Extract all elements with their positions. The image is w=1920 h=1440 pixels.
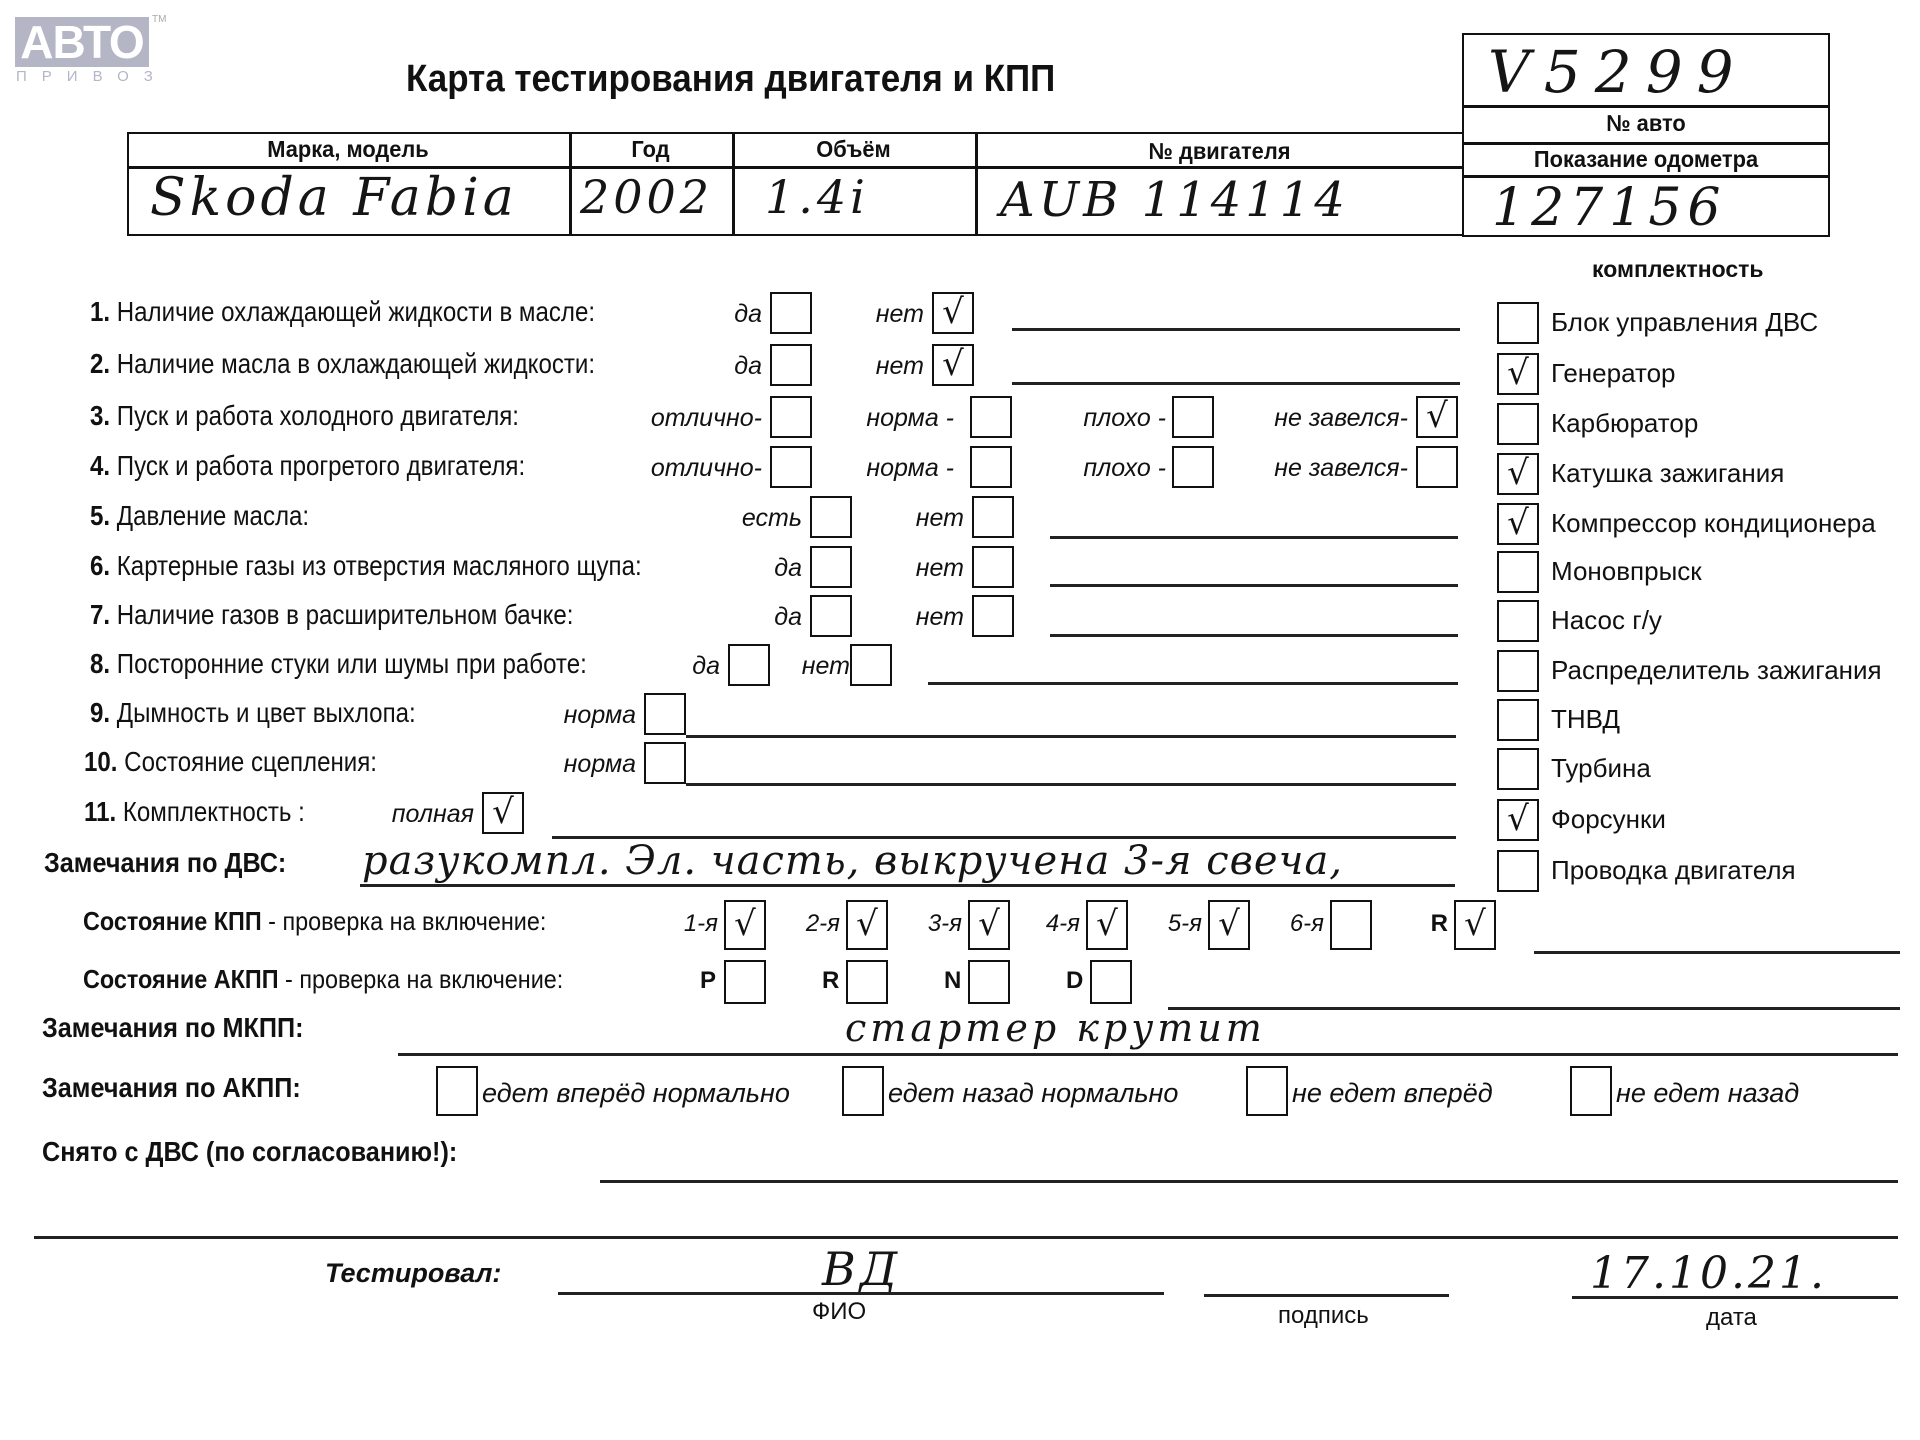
name-caption: ФИО (812, 1298, 866, 1326)
manual-gearbox-label-bold: Состояние КПП (83, 906, 262, 936)
akpp-remark-label: едет вперёд нормально (482, 1078, 790, 1109)
checkmark-icon: √ (978, 904, 1000, 944)
question-label: 1. Наличие охлаждающей жидкости в масле: (90, 296, 595, 328)
option-checkbox[interactable]: √ (932, 292, 974, 334)
question-label: 6. Картерные газы из отверстия масляного… (90, 550, 642, 582)
akpp-remark-checkbox[interactable] (1246, 1066, 1288, 1116)
gear-checkbox[interactable]: √ (1208, 900, 1250, 950)
option-checkbox[interactable] (850, 644, 892, 686)
gear-label: 4-я (1010, 910, 1080, 938)
answer-line (928, 682, 1458, 685)
logo-trademark: TM (152, 14, 166, 25)
completeness-checkbox[interactable]: √ (1497, 353, 1539, 395)
option-checkbox[interactable]: √ (1416, 396, 1458, 438)
removed-line-2 (34, 1236, 1898, 1239)
completeness-item-label: Карбюратор (1551, 408, 1698, 439)
table-col-divider (569, 132, 572, 236)
engine-remarks-label: Замечания по ДВС: (44, 847, 286, 879)
manual-gearbox-line (1534, 951, 1900, 954)
gear-label: 6-я (1254, 910, 1324, 938)
gear-label: R (1388, 910, 1448, 938)
akpp-remark-label: не едет вперёд (1292, 1078, 1493, 1109)
question-label: 5. Давление масла: (90, 500, 309, 532)
option-checkbox[interactable] (644, 693, 686, 735)
checkmark-icon: √ (1507, 453, 1529, 493)
option-label: нет (744, 603, 964, 632)
gear-label: D (1066, 967, 1083, 995)
question-number: 3. (90, 400, 110, 431)
question-label: 10. Состояние сцепления: (84, 746, 377, 778)
completeness-item-label: Турбина (1551, 753, 1651, 784)
option-label: полная (254, 800, 474, 829)
gear-checkbox[interactable] (724, 960, 766, 1004)
answer-line (552, 836, 1456, 839)
completeness-title: комплектность (1592, 256, 1764, 283)
option-label: норма (416, 701, 636, 730)
completeness-checkbox[interactable] (1497, 403, 1539, 445)
completeness-item-label: Моновпрыск (1551, 556, 1702, 587)
question-text: Дымность и цвет выхлопа: (110, 697, 416, 728)
option-label: норма - (734, 454, 954, 483)
completeness-checkbox[interactable]: √ (1497, 453, 1539, 495)
akpp-remark-checkbox[interactable] (842, 1066, 884, 1116)
option-label: нет (704, 352, 924, 381)
volume-value[interactable]: 1.4i (765, 170, 869, 224)
make-model-value[interactable]: Skoda Fabia (150, 168, 518, 228)
answer-line (1050, 536, 1458, 539)
gear-label: 3-я (890, 910, 962, 938)
question-text: Давление масла: (110, 500, 309, 531)
table-col-divider (975, 132, 978, 236)
col-header-volume: Объём (738, 136, 969, 163)
completeness-checkbox[interactable] (1497, 748, 1539, 790)
completeness-checkbox[interactable] (1497, 650, 1539, 692)
date-value[interactable]: 17.10.21. (1590, 1248, 1827, 1299)
col-header-make-model: Марка, модель (138, 136, 558, 163)
option-label: норма (416, 750, 636, 779)
manual-gearbox-label: Состояние КПП - проверка на включение: (83, 906, 546, 937)
question-number: 6. (90, 550, 110, 581)
completeness-checkbox[interactable] (1497, 600, 1539, 642)
gear-checkbox[interactable] (1330, 900, 1372, 950)
tester-name-value[interactable]: ВД (822, 1242, 901, 1296)
checkmark-icon: √ (492, 792, 514, 832)
question-number: 9. (90, 697, 110, 728)
gear-label: P (700, 967, 716, 995)
option-label: плохо - (946, 454, 1166, 483)
option-label: нет (630, 652, 850, 681)
option-label: отлично- (542, 454, 762, 483)
mkpp-remarks-label: Замечания по МКПП: (42, 1012, 304, 1044)
engine-remarks-line (360, 884, 1455, 887)
question-number: 5. (90, 500, 110, 531)
question-label: 2. Наличие масла в охлаждающей жидкости: (90, 348, 595, 380)
question-text: Наличие масла в охлаждающей жидкости: (110, 348, 595, 379)
question-text: Наличие газов в расширительном бачке: (110, 599, 573, 630)
gear-label: 2-я (770, 910, 840, 938)
akpp-remark-label: не едет назад (1616, 1078, 1799, 1109)
question-label: 4. Пуск и работа прогретого двигателя: (90, 450, 525, 482)
completeness-item-label: Проводка двигателя (1551, 855, 1796, 886)
completeness-item-label: Генератор (1551, 358, 1676, 389)
removed-label: Снято с ДВС (по согласованию!): (42, 1136, 457, 1168)
car-number-label: № авто (1471, 110, 1821, 137)
car-number-value[interactable]: V5299 (1488, 38, 1748, 106)
option-label: нет (704, 300, 924, 329)
table-col-divider (732, 132, 735, 236)
tested-by-label: Тестировал: (325, 1258, 501, 1289)
option-checkbox[interactable] (972, 595, 1014, 637)
auto-gearbox-label: Состояние АКПП - проверка на включение: (83, 964, 563, 995)
option-label: плохо - (946, 404, 1166, 433)
mkpp-remarks-line (398, 1053, 1898, 1056)
akpp-remarks-label: Замечания по АКПП: (42, 1072, 301, 1104)
box-divider (1462, 142, 1830, 145)
question-label: 9. Дымность и цвет выхлопа: (90, 697, 416, 729)
checkmark-icon: √ (1426, 396, 1448, 436)
completeness-item-label: Блок управления ДВС (1551, 307, 1818, 338)
completeness-item-label: Форсунки (1551, 804, 1666, 835)
auto-gearbox-line (1168, 1007, 1900, 1010)
question-label: 7. Наличие газов в расширительном бачке: (90, 599, 574, 631)
completeness-item-label: Распределитель зажигания (1551, 655, 1882, 686)
engine-remarks-value[interactable]: разукомпл. Эл. часть, выкручена 3-я свеч… (362, 838, 1343, 884)
checkmark-icon: √ (942, 292, 964, 332)
col-header-year: Год (573, 136, 728, 163)
completeness-item-label: ТНВД (1551, 704, 1620, 735)
completeness-checkbox[interactable]: √ (1497, 799, 1539, 841)
akpp-remark-checkbox[interactable] (436, 1066, 478, 1116)
checkmark-icon: √ (1218, 904, 1240, 944)
answer-line (1012, 328, 1460, 331)
gear-checkbox[interactable]: √ (1454, 900, 1496, 950)
option-checkbox[interactable] (972, 546, 1014, 588)
gear-label: 1-я (648, 910, 718, 938)
odometer-value[interactable]: 127156 (1492, 178, 1727, 238)
completeness-item-label: Компрессор кондиционера (1551, 508, 1876, 539)
checkmark-icon: √ (1507, 799, 1529, 839)
manual-gearbox-label-rest: - проверка на включение: (262, 906, 547, 936)
gear-label: N (944, 967, 961, 995)
question-text: Картерные газы из отверстия масляного щу… (110, 550, 642, 581)
question-number: 8. (90, 648, 110, 679)
option-label: не завелся- (1188, 404, 1408, 433)
question-number: 1. (90, 296, 110, 327)
checkmark-icon: √ (1464, 904, 1486, 944)
completeness-checkbox[interactable] (1497, 850, 1539, 892)
removed-line (600, 1180, 1898, 1183)
checkmark-icon: √ (1507, 353, 1529, 393)
option-checkbox[interactable]: √ (932, 344, 974, 386)
option-checkbox[interactable] (972, 496, 1014, 538)
logo-subtitle: ПРИВОЗ (16, 68, 168, 85)
completeness-checkbox[interactable] (1497, 699, 1539, 741)
gear-checkbox[interactable] (968, 960, 1010, 1004)
akpp-remark-checkbox[interactable] (1570, 1066, 1612, 1116)
question-number: 11. (84, 796, 116, 827)
completeness-checkbox[interactable]: √ (1497, 503, 1539, 545)
akpp-remark-label: едет назад нормально (888, 1078, 1178, 1109)
gear-checkbox[interactable]: √ (846, 900, 888, 950)
question-text: Пуск и работа прогретого двигателя: (110, 450, 525, 481)
year-value[interactable]: 2002 (580, 170, 713, 224)
question-label: 3. Пуск и работа холодного двигателя: (90, 400, 519, 432)
checkmark-icon: √ (1096, 904, 1118, 944)
gear-checkbox[interactable]: √ (968, 900, 1010, 950)
option-checkbox[interactable] (644, 742, 686, 784)
gear-checkbox[interactable] (846, 960, 888, 1004)
question-number: 4. (90, 450, 110, 481)
completeness-item-label: Катушка зажигания (1551, 458, 1784, 489)
option-label: нет (744, 554, 964, 583)
gear-checkbox[interactable]: √ (724, 900, 766, 950)
option-checkbox[interactable]: √ (482, 792, 524, 834)
question-text: Пуск и работа холодного двигателя: (110, 400, 519, 431)
col-header-engine-number: № двигателя (987, 138, 1452, 165)
answer-line (1050, 634, 1458, 637)
answer-line (686, 783, 1456, 786)
question-number: 10. (84, 746, 117, 777)
completeness-checkbox[interactable] (1497, 551, 1539, 593)
question-text: Состояние сцепления: (117, 746, 376, 777)
engine-number-value[interactable]: AUB 114114 (1000, 172, 1349, 228)
auto-gearbox-label-bold: Состояние АКПП (83, 964, 279, 994)
answer-line (1050, 584, 1458, 587)
date-caption: дата (1706, 1304, 1757, 1332)
gear-label: R (822, 967, 839, 995)
option-label: не завелся- (1188, 454, 1408, 483)
mkpp-remarks-value[interactable]: стартер крутит (845, 1006, 1266, 1050)
gear-checkbox[interactable]: √ (1086, 900, 1128, 950)
option-checkbox[interactable] (1416, 446, 1458, 488)
gear-label: 5-я (1132, 910, 1202, 938)
signature-line (1204, 1294, 1449, 1297)
option-label: норма - (734, 404, 954, 433)
checkmark-icon: √ (856, 904, 878, 944)
completeness-checkbox[interactable] (1497, 302, 1539, 344)
checkmark-icon: √ (1507, 503, 1529, 543)
signature-caption: подпись (1278, 1302, 1369, 1330)
avtoprivoz-logo: АВТО (15, 17, 149, 67)
option-label: отлично- (542, 404, 762, 433)
auto-gearbox-label-rest: - проверка на включение: (279, 964, 564, 994)
gear-checkbox[interactable] (1090, 960, 1132, 1004)
option-label: нет (744, 504, 964, 533)
question-number: 7. (90, 599, 110, 630)
question-text: Наличие охлаждающей жидкости в масле: (110, 296, 595, 327)
question-number: 2. (90, 348, 110, 379)
odometer-label: Показание одометра (1471, 146, 1821, 173)
answer-line (1012, 382, 1460, 385)
completeness-item-label: Насос г/у (1551, 605, 1662, 636)
checkmark-icon: √ (942, 344, 964, 384)
page-title: Карта тестирования двигателя и КПП (406, 58, 1055, 101)
answer-line (686, 735, 1456, 738)
checkmark-icon: √ (734, 904, 756, 944)
